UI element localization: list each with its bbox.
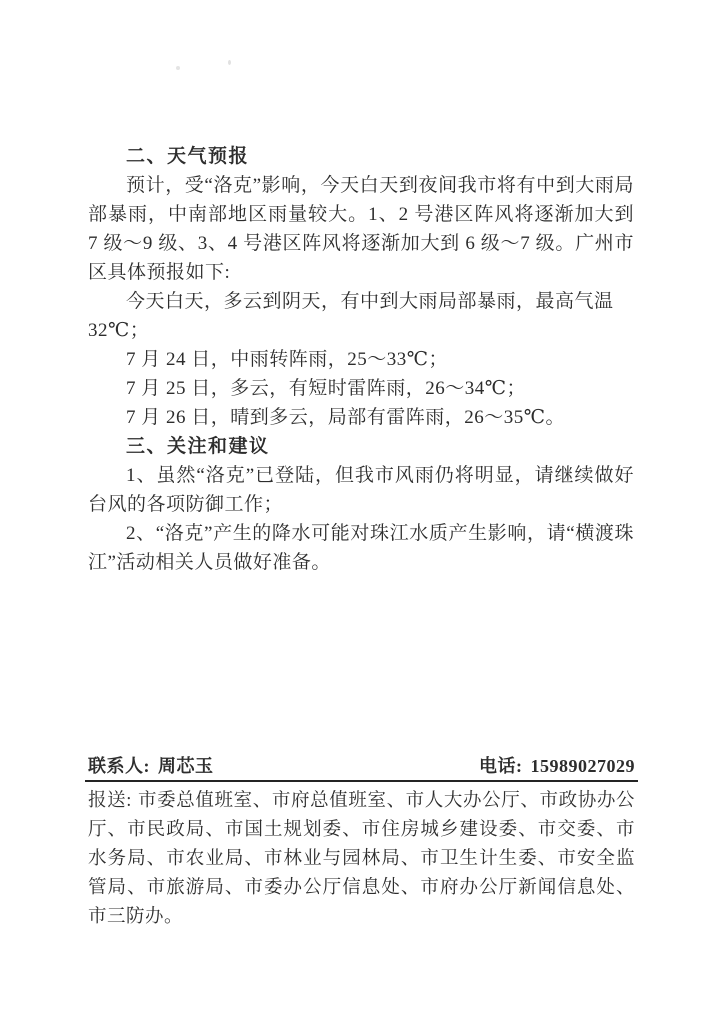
contact-row: 联系人:周芯玉 电话:15989027029 bbox=[88, 754, 635, 778]
forecast-line-jul-26: 7 月 26 日，晴到多云，局部有雷阵雨，26～35℃。 bbox=[88, 403, 634, 432]
contact-person: 联系人:周芯玉 bbox=[88, 754, 214, 778]
forecast-line-jul-25: 7 月 25 日，多云，有短时雷阵雨，26～34℃； bbox=[88, 374, 634, 403]
forecast-line-today: 今天白天，多云到阴天，有中到大雨局部暴雨，最高气温 32℃； bbox=[88, 287, 634, 345]
weather-intro-paragraph: 预计，受“洛克”影响，今天白天到夜间我市将有中到大雨局部暴雨，中南部地区雨量较大… bbox=[88, 171, 634, 287]
phone-number: 15989027029 bbox=[531, 756, 636, 776]
distribution-paragraph: 报送:市委总值班室、市府总值班室、市人大办公厅、市政协办公厅、市民政局、市国土规… bbox=[88, 787, 635, 932]
contact-name: 周芯玉 bbox=[158, 756, 214, 776]
scan-artifact-speck bbox=[228, 60, 231, 65]
distribution-list: 市委总值班室、市府总值班室、市人大办公厅、市政协办公厅、市民政局、市国土规划委、… bbox=[88, 791, 635, 927]
distribution-label: 报送: bbox=[88, 791, 132, 811]
document-body: 二、天气预报 预计，受“洛克”影响，今天白天到夜间我市将有中到大雨局部暴雨，中南… bbox=[88, 142, 634, 577]
scan-artifact-speck bbox=[176, 66, 180, 70]
forecast-line-jul-24: 7 月 24 日，中雨转阵雨，25～33℃； bbox=[88, 345, 634, 374]
section-heading-suggestions: 三、关注和建议 bbox=[88, 432, 634, 461]
separator-line bbox=[85, 780, 638, 782]
suggestion-item-1: 1、虽然“洛克”已登陆，但我市风雨仍将明显，请继续做好台风的各项防御工作； bbox=[88, 461, 634, 519]
document-footer: 联系人:周芯玉 电话:15989027029 报送:市委总值班室、市府总值班室、… bbox=[88, 754, 635, 932]
scanned-document-page: 二、天气预报 预计，受“洛克”影响，今天白天到夜间我市将有中到大雨局部暴雨，中南… bbox=[0, 0, 718, 1015]
phone-label: 电话: bbox=[479, 756, 523, 776]
contact-phone: 电话:15989027029 bbox=[479, 754, 635, 778]
suggestion-item-2: 2、“洛克”产生的降水可能对珠江水质产生影响，请“横渡珠江”活动相关人员做好准备… bbox=[88, 519, 634, 577]
contact-label: 联系人: bbox=[88, 756, 150, 776]
section-heading-weather-forecast: 二、天气预报 bbox=[88, 142, 634, 171]
